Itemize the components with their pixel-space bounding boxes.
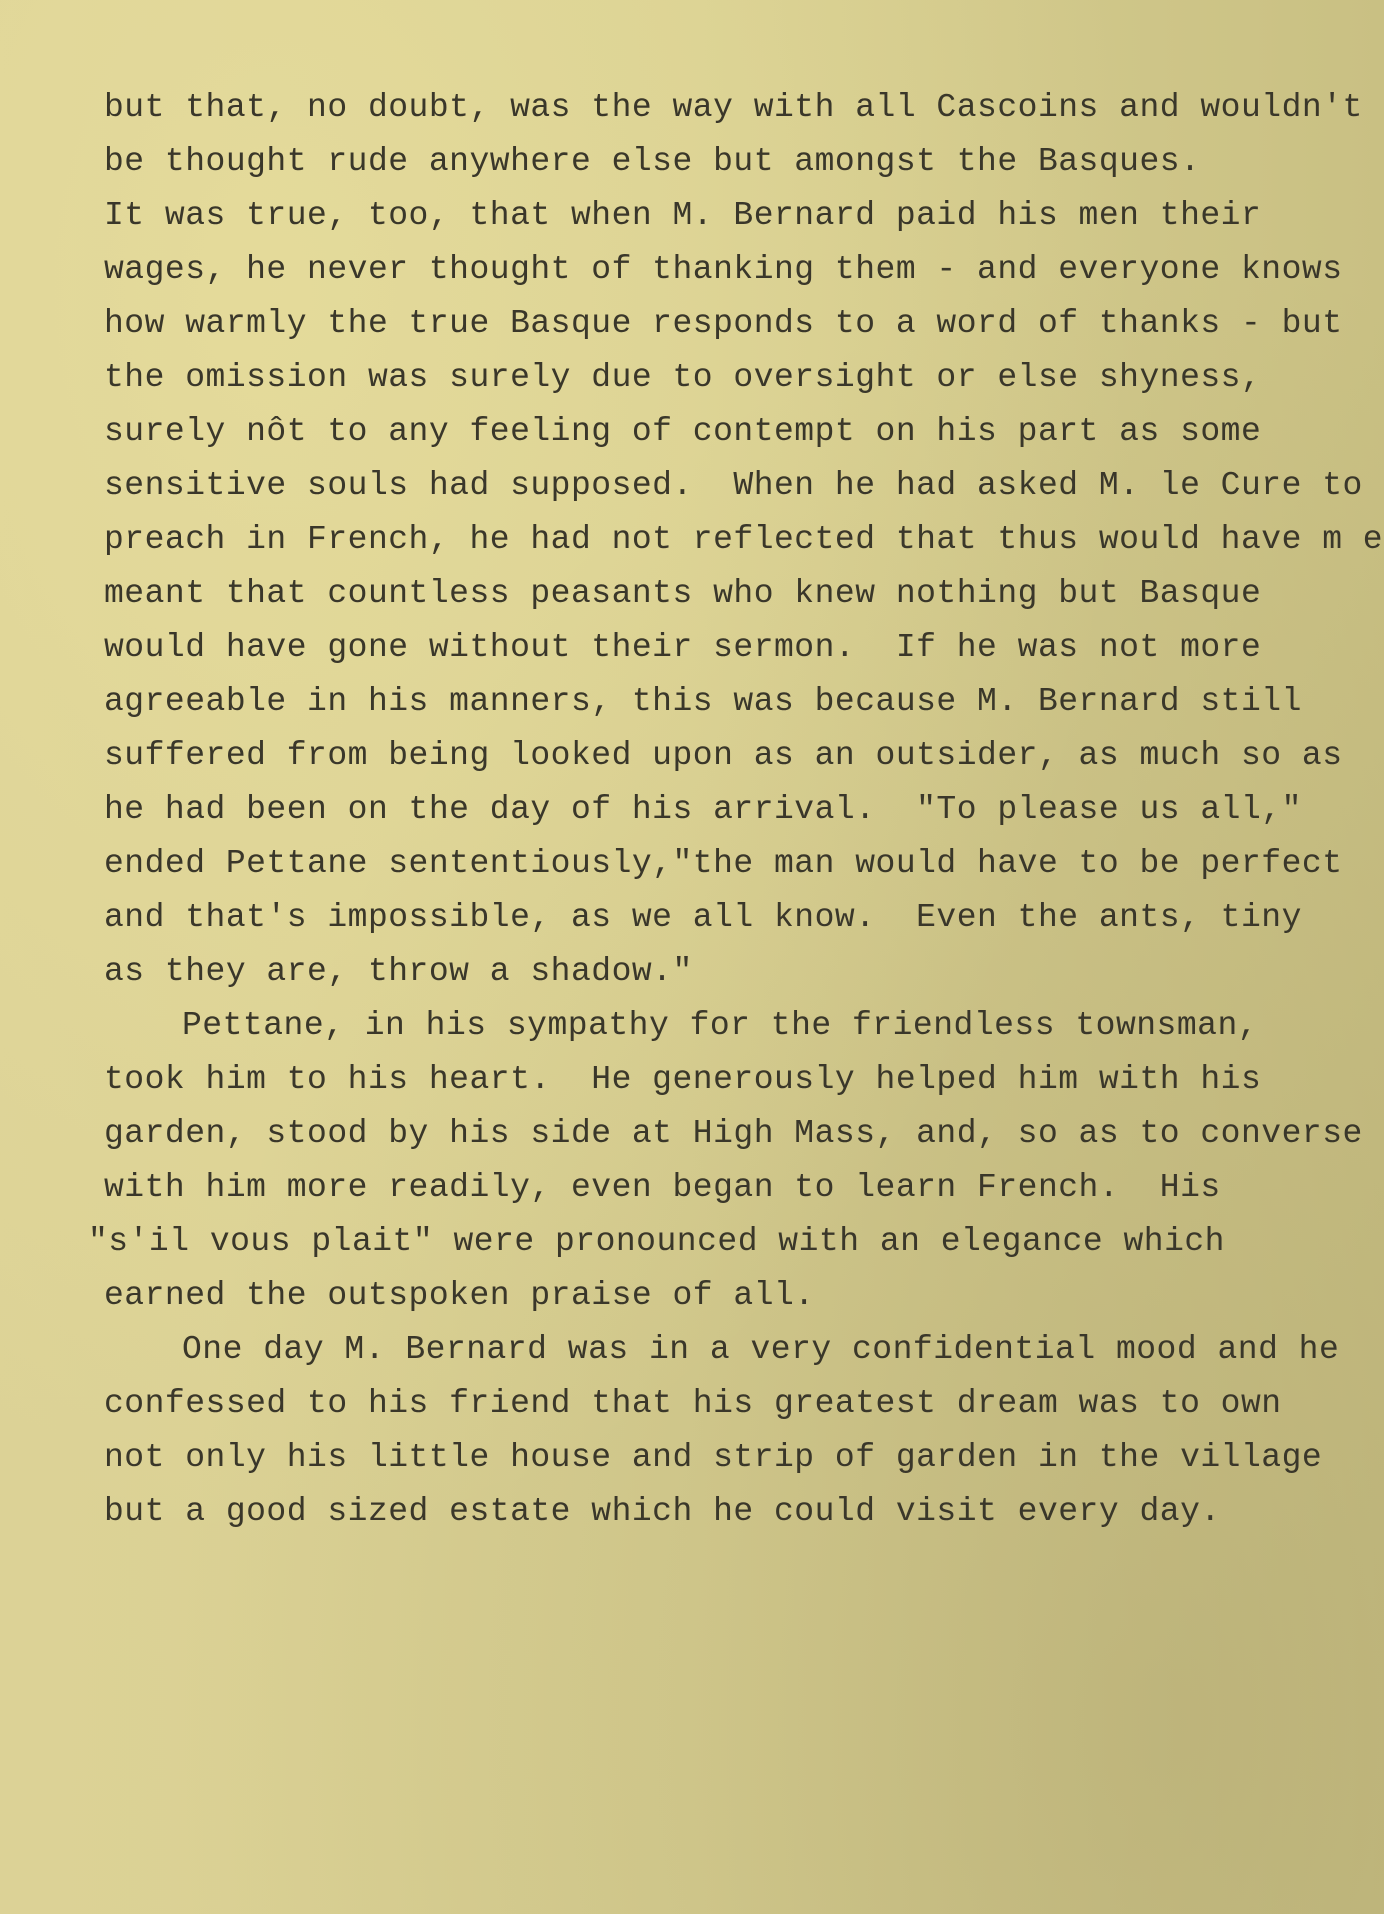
- text-line: ended Pettane sententiously,"the man wou…: [104, 844, 1343, 884]
- text-line: suffered from being looked upon as an ou…: [104, 736, 1343, 776]
- text-line: meant that countless peasants who knew n…: [104, 574, 1261, 614]
- text-line: the omission was surely due to oversight…: [104, 358, 1261, 398]
- text-line: wages, he never thought of thanking them…: [104, 250, 1343, 290]
- text-line: sensitive souls had supposed. When he ha…: [104, 466, 1363, 506]
- text-line: would have gone without their sermon. If…: [104, 628, 1261, 668]
- text-line: earned the outspoken praise of all.: [104, 1276, 815, 1316]
- text-line: not only his little house and strip of g…: [104, 1438, 1322, 1478]
- text-line: how warmly the true Basque responds to a…: [104, 304, 1343, 344]
- text-line: and that's impossible, as we all know. E…: [104, 898, 1302, 938]
- text-line: surely nôt to any feeling of contempt on…: [104, 412, 1261, 452]
- text-line: but that, no doubt, was the way with all…: [104, 88, 1363, 128]
- text-line: but a good sized estate which he could v…: [104, 1492, 1221, 1532]
- text-line: garden, stood by his side at High Mass, …: [104, 1114, 1363, 1154]
- text-line: with him more readily, even began to lea…: [104, 1168, 1221, 1208]
- text-line: preach in French, he had not reflected t…: [104, 520, 1384, 560]
- text-line: "s'il vous plait" were pronounced with a…: [88, 1222, 1225, 1262]
- text-line: took him to his heart. He generously hel…: [104, 1060, 1261, 1100]
- text-line: agreeable in his manners, this was becau…: [104, 682, 1302, 722]
- text-line: he had been on the day of his arrival. "…: [104, 790, 1302, 830]
- text-line: be thought rude anywhere else but amongs…: [104, 142, 1200, 182]
- text-line: as they are, throw a shadow.": [104, 952, 693, 992]
- typewritten-page: but that, no doubt, was the way with all…: [0, 0, 1384, 1914]
- text-line: One day M. Bernard was in a very confide…: [182, 1330, 1339, 1370]
- text-line: It was true, too, that when M. Bernard p…: [104, 196, 1261, 236]
- text-line: confessed to his friend that his greates…: [104, 1384, 1282, 1424]
- text-line: Pettane, in his sympathy for the friendl…: [182, 1006, 1258, 1046]
